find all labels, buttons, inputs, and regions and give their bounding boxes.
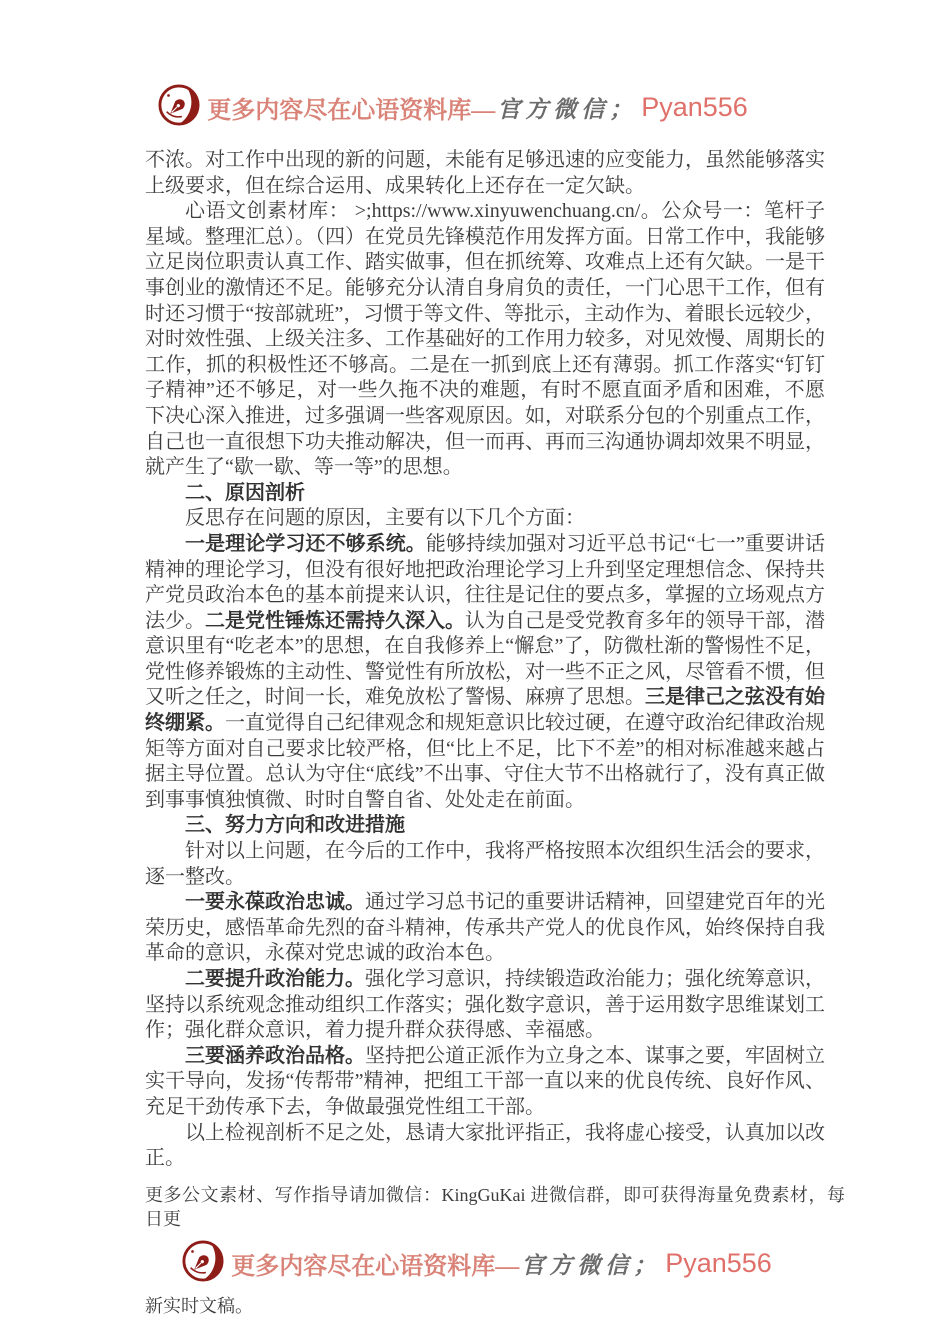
text-run: 针对以上问题，在今后的工作中，我将严格按照本次组织生活会的要求，逐一整改。 (145, 840, 825, 888)
banner-brand-text: 更多内容尽在心语资料库— (231, 1246, 519, 1281)
text-run: 以上检视剖析不足之处，恳请大家批评指正，我将虚心接受，认真加以改正。 (145, 1122, 825, 1170)
bold-run: 二是党性锤炼还需持久深入。 (205, 610, 465, 632)
banner-wechat-label: 官方微信； (521, 1247, 661, 1280)
banner-wechat-id: Pyan556 (665, 1248, 772, 1279)
paragraph: 三、努力方向和改进措施 (145, 813, 825, 839)
banner-wechat-label: 官方微信； (497, 91, 637, 124)
paragraph: 反思存在问题的原因，主要有以下几个方面： (145, 506, 825, 532)
text-run: 不浓。对工作中出现的新的问题，未能有足够迅速的应变能力，虽然能够落实上级要求，但… (145, 149, 825, 197)
bold-run: 三要涵养政治品格。 (185, 1045, 365, 1067)
header-banner: 更多内容尽在心语资料库— 官方微信； Pyan556 (0, 84, 928, 130)
bold-run: 一要永葆政治忠诚。 (185, 891, 365, 913)
banner-wechat-id: Pyan556 (641, 92, 748, 123)
paragraph: 一是理论学习还不够系统。能够持续加强对习近平总书记“七一”重要讲话精神的理论学习… (145, 532, 825, 814)
pen-nib-logo-icon (158, 84, 200, 131)
paragraph: 心语文创素材库： >;https://www.xinyuwenchuang.cn… (145, 199, 825, 481)
promo-line-tail: 新实时文稿。 (145, 1294, 825, 1318)
pen-nib-logo-icon (182, 1240, 224, 1287)
paragraph: 二要提升政治能力。强化学习意识，持续锻造政治能力；强化统筹意识，坚持以系统观念推… (145, 967, 825, 1044)
document-body: 不浓。对工作中出现的新的问题，未能有足够迅速的应变能力，虽然能够落实上级要求，但… (145, 148, 825, 1172)
bold-run: 二、原因剖析 (185, 482, 305, 504)
bold-run: 二要提升政治能力。 (185, 968, 365, 990)
text-run: 心语文创素材库： >;https://www.xinyuwenchuang.cn… (145, 200, 825, 478)
document-page: 更多内容尽在心语资料库— 官方微信； Pyan556 不浓。对工作中出现的新的问… (0, 0, 950, 1344)
paragraph: 二、原因剖析 (145, 481, 825, 507)
text-run: 反思存在问题的原因，主要有以下几个方面： (185, 507, 585, 529)
text-run: 一直觉得自己纪律观念和规矩意识比较过硬，在遵守政治纪律政治规矩等方面对自己要求比… (145, 712, 825, 811)
paragraph: 以上检视剖析不足之处，恳请大家批评指正，我将虚心接受，认真加以改正。 (145, 1121, 825, 1172)
paragraph: 三要涵养政治品格。坚持把公道正派作为立身之本、谋事之要，牢固树立实干导向，发扬“… (145, 1044, 825, 1121)
bold-run: 三、努力方向和改进措施 (185, 814, 405, 836)
paragraph: 针对以上问题，在今后的工作中，我将严格按照本次组织生活会的要求，逐一整改。 (145, 839, 825, 890)
paragraph: 一要永葆政治忠诚。通过学习总书记的重要讲话精神，回望建党百年的光荣历史，感悟革命… (145, 890, 825, 967)
bold-run: 一是理论学习还不够系统。 (185, 533, 426, 555)
paragraph: 不浓。对工作中出现的新的问题，未能有足够迅速的应变能力，虽然能够落实上级要求，但… (145, 148, 825, 199)
promo-line: 更多公文素材、写作指导请加微信：KingGuKai 进微信群，即可获得海量免费素… (145, 1183, 845, 1231)
banner-brand-text: 更多内容尽在心语资料库— (207, 90, 495, 125)
footer-banner: 更多内容尽在心语资料库— 官方微信； Pyan556 (2, 1241, 950, 1287)
